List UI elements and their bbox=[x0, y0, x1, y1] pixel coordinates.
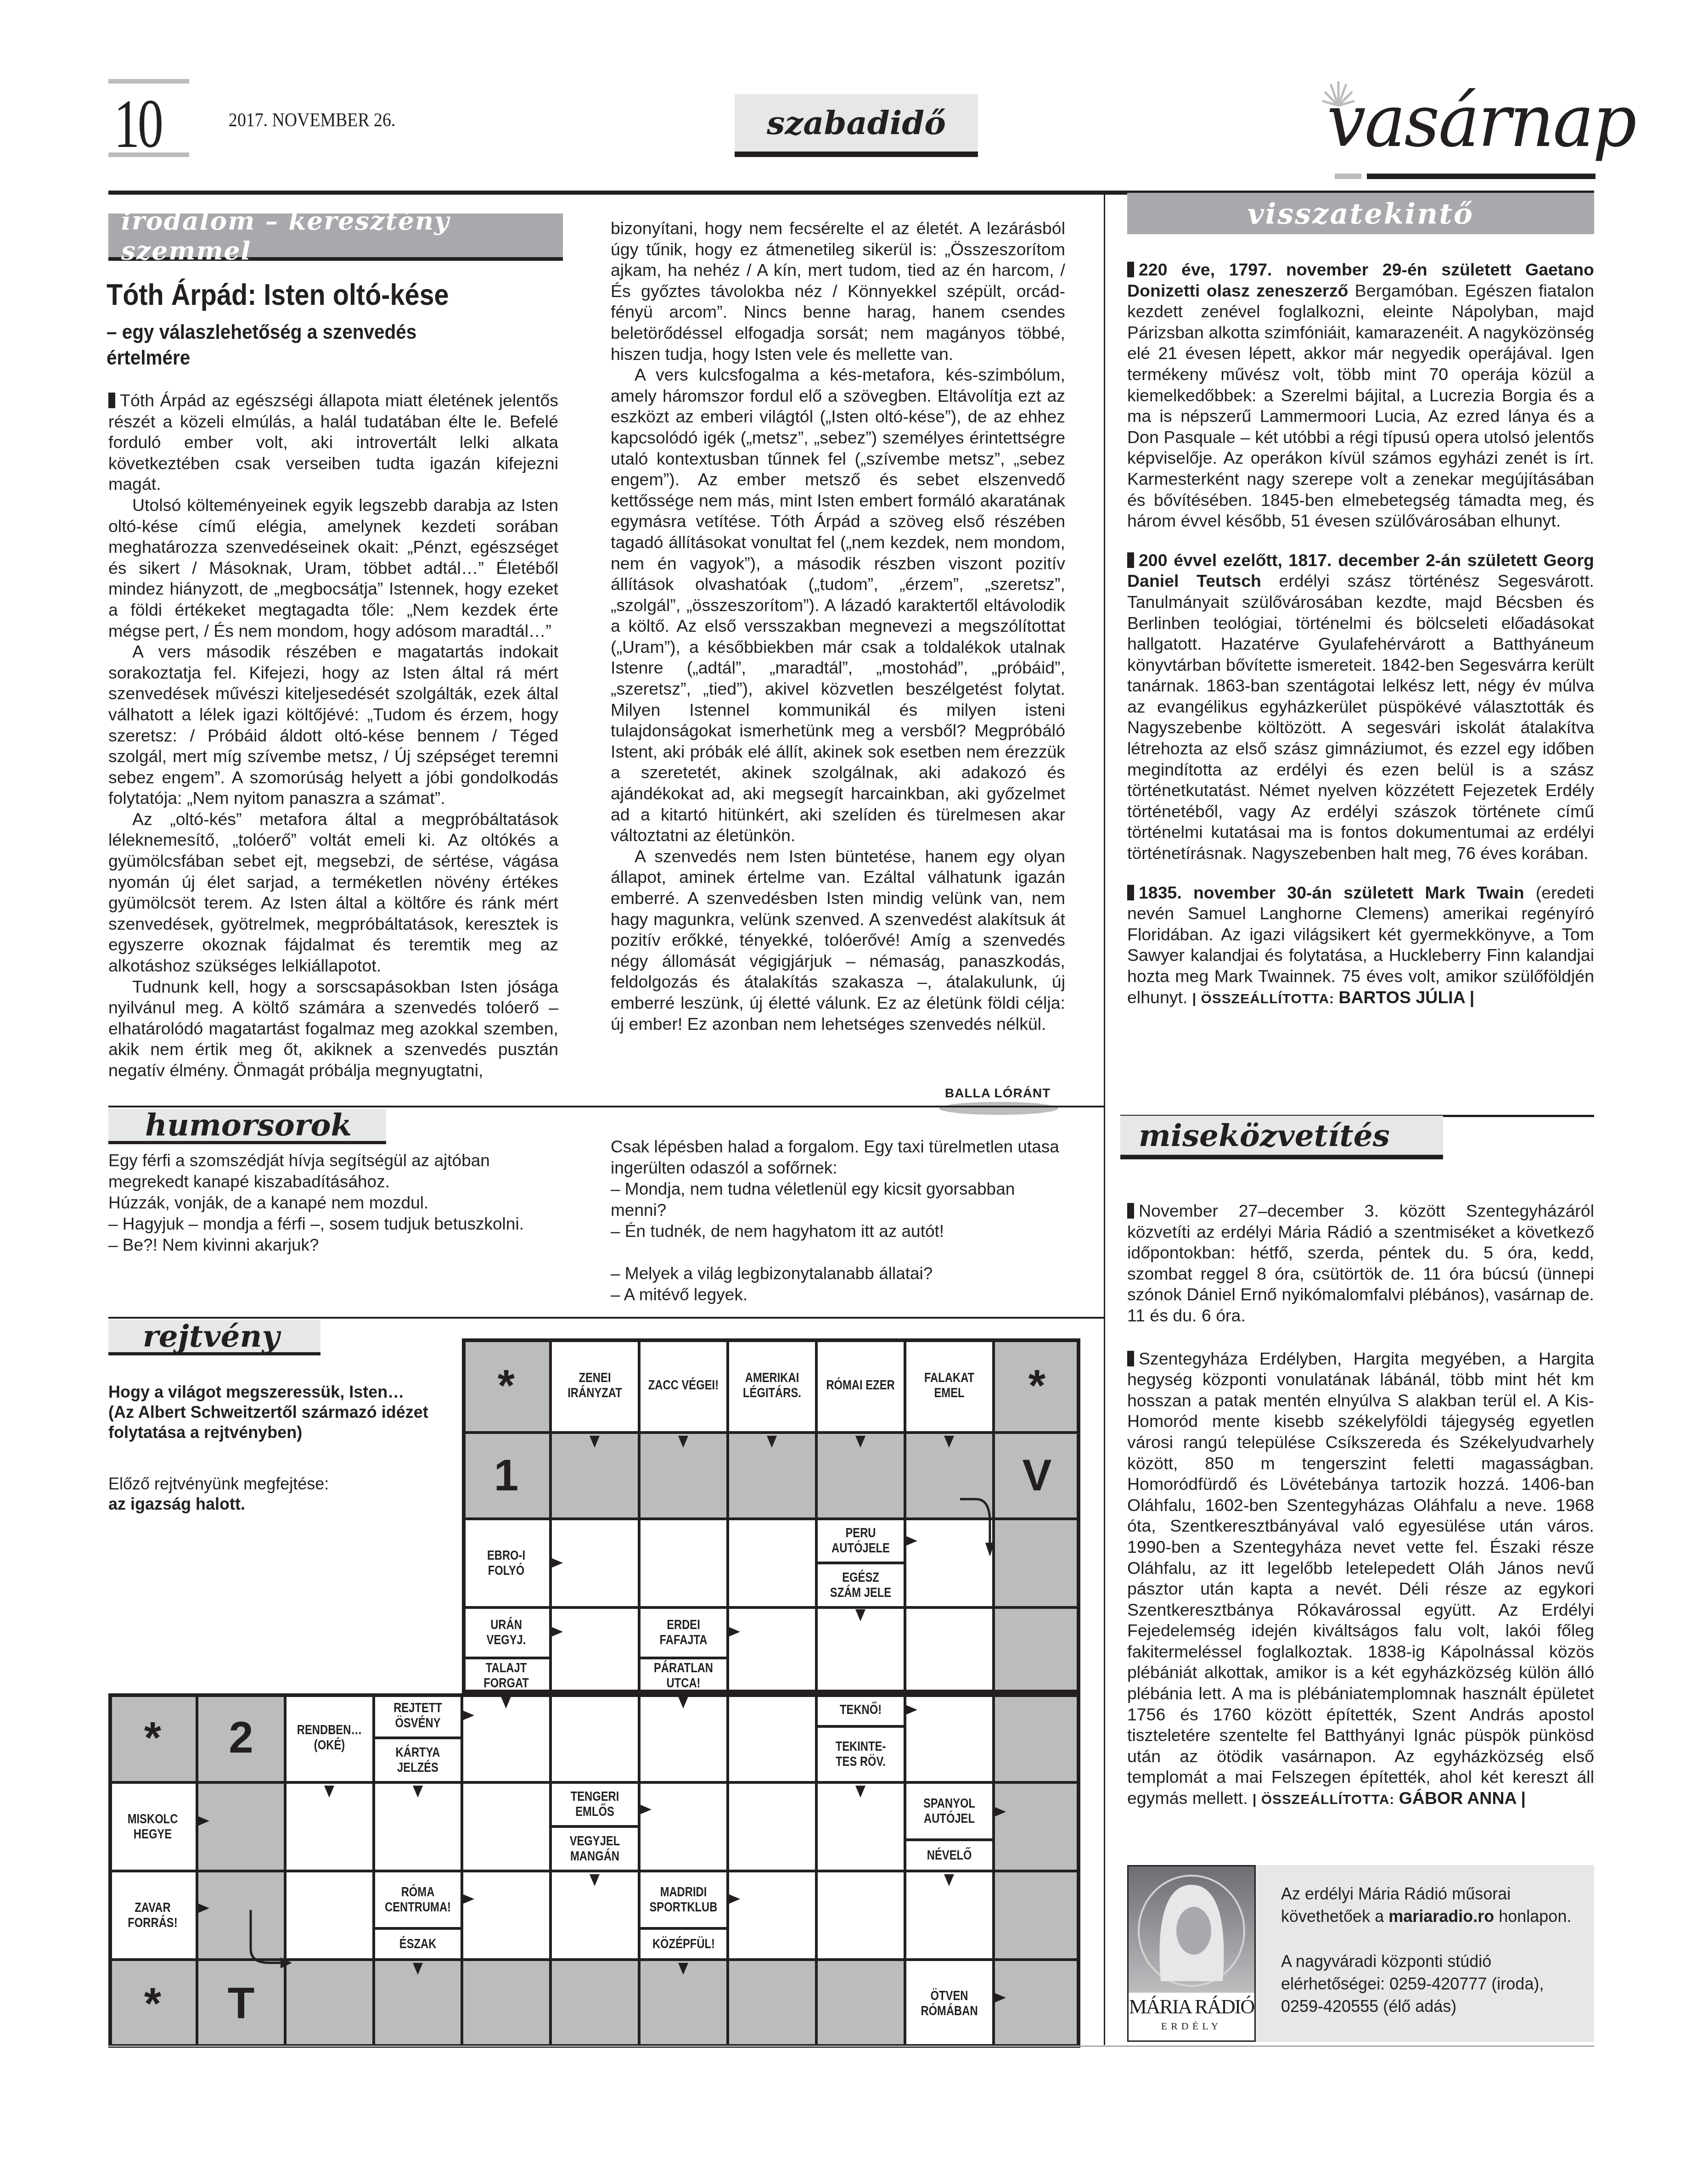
arrow-down-icon bbox=[590, 1874, 600, 1886]
row-letter: T bbox=[228, 1978, 255, 2029]
clue-text: EGÉSZ SZÁM JELE bbox=[826, 1570, 896, 1601]
page-number-rule-bottom bbox=[108, 152, 189, 157]
section-title: humorsorok bbox=[145, 1107, 352, 1143]
logo-rule-black bbox=[1367, 174, 1596, 179]
paragraph: Tóth Árpád az egészségi állapota miatt é… bbox=[108, 390, 558, 495]
clue-text: URÁN VEGYJ. bbox=[471, 1618, 541, 1648]
paragraph: bizonyítani, hogy nem fecsérelte el az é… bbox=[611, 218, 1065, 365]
clue-cell: ZAVAR FORRÁS! bbox=[108, 1871, 197, 1960]
answer-cell[interactable] bbox=[728, 1782, 816, 1871]
answer-cell[interactable] bbox=[551, 1693, 639, 1782]
rubric-label: szabadidő bbox=[735, 94, 978, 157]
joke-line: – Be?! Nem kivinni akarjuk? bbox=[108, 1235, 567, 1256]
clue-cell: SPANYOL AUTÓJEL bbox=[905, 1782, 994, 1840]
clue-text: PÁRATLAN UTCA! bbox=[648, 1661, 719, 1691]
clue-cell: NÉVELŐ bbox=[905, 1840, 994, 1871]
crossword-cell-marker: * bbox=[108, 1960, 197, 2048]
clue-cell: TEKNŐ! bbox=[816, 1693, 905, 1726]
paragraph: A vers kulcsfogalma a kés-metafora, kés-… bbox=[611, 365, 1065, 846]
arrow-right-icon bbox=[462, 1710, 474, 1720]
mise-body: November 27–december 3. között Szentegyh… bbox=[1127, 1201, 1594, 1810]
madonna-image bbox=[1129, 1866, 1254, 1993]
history-item-text: Bergamóban. Egészen fiatalon kezdett zen… bbox=[1127, 281, 1594, 531]
clue-cell: RENDBEN… (OKÉ) bbox=[285, 1693, 374, 1782]
joke-2: Csak lépésben halad a forgalom. Egy taxi… bbox=[611, 1136, 1070, 1305]
history-item: 1835. november 30-án született Mark Twai… bbox=[1127, 882, 1594, 1010]
clue-cell: KÁRTYA JELZÉS bbox=[374, 1738, 462, 1782]
section-header-irodalom: irodalom – keresztény szemmel bbox=[108, 214, 563, 261]
arrow-right-icon bbox=[640, 1804, 652, 1815]
clue-cell: URÁN VEGYJ. bbox=[462, 1607, 551, 1658]
paragraph: Az „oltó-kés” metafora által a megpróbál… bbox=[108, 809, 558, 977]
paragraph: November 27–december 3. között Szentegyh… bbox=[1127, 1201, 1594, 1326]
crossword-cell-marker: 2 bbox=[197, 1693, 285, 1782]
clue-text: ÖTVEN RÓMÁBAN bbox=[914, 1989, 984, 2019]
arrow-down-icon bbox=[501, 1697, 511, 1708]
crossword-cell-marker: 1 bbox=[462, 1433, 551, 1519]
paragraph-text: Szentegyháza Erdélyben, Hargita megyében… bbox=[1127, 1349, 1594, 1808]
clue-cell: ERDEI FAFAJTA bbox=[639, 1607, 728, 1658]
clue-cell: FALAKAT EMEL bbox=[905, 1338, 994, 1433]
arrow-down-icon bbox=[855, 1786, 865, 1798]
page-bottom-rule bbox=[108, 2045, 1594, 2047]
clue-text: MISKOLC HEGYE bbox=[118, 1812, 188, 1842]
answer-cell[interactable] bbox=[994, 1871, 1080, 1960]
crossword-grid: * ZENEI IRÁNYZAT ZACC VÉGEI! AMERIKAI LÉ… bbox=[108, 1338, 1080, 2048]
section-header-misekozvetites: miseközvetítés bbox=[1120, 1116, 1443, 1159]
clue-text: MADRIDI SPORTKLUB bbox=[648, 1885, 719, 1915]
ad-line-1: Az erdélyi Mária Rádió műsorai követhető… bbox=[1281, 1882, 1575, 1927]
paragraph: Utolsó költeményeinek egyik legszebb dar… bbox=[108, 495, 558, 641]
clue-text: REJTETT ÖSVÉNY bbox=[383, 1701, 453, 1731]
row-number: 1 bbox=[494, 1450, 518, 1501]
arrow-right-icon bbox=[994, 1807, 1006, 1817]
arrow-down-icon bbox=[678, 1697, 688, 1708]
bent-arrow-right-icon bbox=[246, 1908, 297, 1977]
paragraph: A vers második részében e magatartás ind… bbox=[108, 641, 558, 809]
article-title: Tóth Árpád: Isten oltó-kése bbox=[107, 280, 449, 309]
paragraph: Szentegyháza Erdélyben, Hargita megyében… bbox=[1127, 1349, 1594, 1810]
arrow-right-icon bbox=[551, 1627, 563, 1637]
answer-cell[interactable] bbox=[816, 1871, 905, 1960]
bent-arrow-down-icon bbox=[958, 1495, 1008, 1559]
arrow-right-icon bbox=[905, 1536, 917, 1546]
clue-cell: AMERIKAI LÉGITÁRS. bbox=[728, 1338, 816, 1433]
article-column-2: bizonyítani, hogy nem fecsérelte el az é… bbox=[611, 218, 1065, 1034]
clue-cell: EGÉSZ SZÁM JELE bbox=[816, 1563, 905, 1607]
clue-text: RÓMA CENTRUMA! bbox=[383, 1885, 453, 1915]
logo-rule-gray bbox=[1335, 174, 1361, 179]
section-title: visszatekintő bbox=[1247, 197, 1474, 230]
page-number-rule-top bbox=[108, 79, 189, 84]
clue-cell: RÓMA CENTRUMA! bbox=[374, 1871, 462, 1928]
answer-cell[interactable] bbox=[197, 1782, 285, 1871]
author-ornament bbox=[939, 1102, 1058, 1115]
answer-cell[interactable] bbox=[551, 1960, 639, 2048]
joke-line: – Én tudnék, de nem hagyhatom itt az aut… bbox=[611, 1221, 1070, 1242]
crossword-cell-marker: * bbox=[462, 1338, 551, 1433]
clue-cell: PERU AUTÓJELE bbox=[816, 1519, 905, 1563]
article-author: BALLA LÓRÁNT bbox=[945, 1086, 1051, 1101]
arrow-right-icon bbox=[905, 1705, 917, 1715]
article-subtitle: – egy válaszlehetőség a szenvedés értelm… bbox=[107, 319, 478, 371]
arrow-down-icon bbox=[590, 1436, 600, 1448]
clue-cell: VEGYJEL MANGÁN bbox=[551, 1826, 639, 1871]
crossword-cell-marker: * bbox=[108, 1693, 197, 1782]
star-marker: * bbox=[144, 1978, 161, 2029]
column-divider bbox=[1104, 195, 1105, 2045]
answer-cell[interactable] bbox=[728, 1607, 816, 1693]
clue-text: RÓMAI EZER bbox=[826, 1378, 895, 1393]
arrow-down-icon bbox=[855, 1436, 865, 1448]
clue-text: PERU AUTÓJELE bbox=[826, 1526, 896, 1556]
clue-text: TEKNŐ! bbox=[840, 1703, 882, 1718]
answer-cell[interactable] bbox=[728, 1693, 816, 1782]
clue-cell: TENGERI EMLŐS bbox=[551, 1782, 639, 1826]
clue-cell: PÁRATLAN UTCA! bbox=[639, 1658, 728, 1693]
arrow-right-icon bbox=[994, 1993, 1006, 2003]
clue-text: ZAVAR FORRÁS! bbox=[118, 1900, 188, 1931]
section-title: miseközvetítés bbox=[1139, 1118, 1390, 1153]
clue-text: RENDBEN… (OKÉ) bbox=[294, 1723, 365, 1753]
joke-line: – Mondja, nem tudna véletlenül egy kicsi… bbox=[611, 1179, 1070, 1221]
answer-cell[interactable] bbox=[462, 1960, 551, 2048]
clue-text: ERDEI FAFAJTA bbox=[648, 1618, 719, 1648]
clue-cell: RÓMAI EZER bbox=[816, 1338, 905, 1433]
star-marker: * bbox=[144, 1713, 161, 1763]
clue-cell: ÉSZAK bbox=[374, 1928, 462, 1960]
paragraph: Tudnunk kell, hogy a sorscsapásokban Ist… bbox=[108, 977, 558, 1081]
arrow-right-icon bbox=[728, 1627, 740, 1637]
joke-line: – Hagyjuk – mondja a férfi –, sosem tudj… bbox=[108, 1214, 567, 1235]
joke-line: – A mitévő legyek. bbox=[611, 1284, 1070, 1305]
visszatekinto-body: 220 éve, 1797. november 29-én született … bbox=[1127, 259, 1594, 1009]
clue-cell: KÖZÉPFÜL! bbox=[639, 1928, 728, 1960]
arrow-down-icon bbox=[944, 1874, 954, 1886]
clue-text: ZENEI IRÁNYZAT bbox=[560, 1371, 630, 1401]
clue-cell: TALAJT FORGAT bbox=[462, 1658, 551, 1693]
answer-cell[interactable] bbox=[728, 1519, 816, 1607]
clue-cell: ÖTVEN RÓMÁBAN bbox=[905, 1960, 994, 2048]
answer-cell[interactable] bbox=[551, 1519, 639, 1607]
clue-text: ÉSZAK bbox=[399, 1937, 437, 1952]
answer-cell[interactable] bbox=[994, 1693, 1080, 1782]
maria-radio-text: Az erdélyi Mária Rádió műsorai követhető… bbox=[1281, 1882, 1575, 2017]
arrow-right-icon bbox=[197, 1816, 209, 1826]
arrow-down-icon bbox=[413, 1786, 423, 1798]
clue-text: EBRO-I FOLYÓ bbox=[471, 1548, 541, 1579]
joke-line: Egy férfi a szomszédját hívja segítségül… bbox=[108, 1150, 567, 1192]
maria-radio-logo: MÁRIA RÁDIÓ ERDÉLY bbox=[1127, 1865, 1256, 2042]
answer-cell[interactable] bbox=[462, 1782, 551, 1871]
arrow-right-icon bbox=[551, 1558, 563, 1568]
clue-text: NÉVELŐ bbox=[927, 1848, 972, 1863]
section-header-humorsorok: humorsorok bbox=[108, 1109, 386, 1144]
joke-line: Húzzák, vonják, de a kanapé nem mozdul. bbox=[108, 1192, 567, 1214]
newspaper-logo: vasárnap bbox=[1327, 85, 1635, 157]
arrow-right-icon bbox=[462, 1894, 474, 1904]
clue-cell: ZENEI IRÁNYZAT bbox=[551, 1338, 639, 1433]
clue-text: AMERIKAI LÉGITÁRS. bbox=[737, 1371, 807, 1401]
joke-line: Csak lépésben halad a forgalom. Egy taxi… bbox=[611, 1136, 1070, 1179]
section-header-visszatekinto: visszatekintő bbox=[1127, 193, 1594, 234]
answer-cell[interactable] bbox=[905, 1607, 994, 1693]
answer-cell[interactable] bbox=[994, 1960, 1080, 2048]
clue-text: FALAKAT EMEL bbox=[914, 1371, 984, 1401]
arrow-down-icon bbox=[413, 1963, 423, 1975]
answer-cell[interactable] bbox=[816, 1960, 905, 2048]
rubric-text: szabadidő bbox=[767, 104, 946, 142]
logo-title: MÁRIA RÁDIÓ bbox=[1129, 1995, 1254, 2018]
history-item: 220 éve, 1797. november 29-én született … bbox=[1127, 259, 1594, 532]
paragraph: A szenvedés nem Isten büntetése, hanem e… bbox=[611, 846, 1065, 1034]
clue-text: KÁRTYA JELZÉS bbox=[383, 1745, 453, 1776]
clue-cell: TEKINTE-TES RÖV. bbox=[816, 1726, 905, 1782]
answer-cell[interactable] bbox=[728, 1871, 816, 1960]
history-item-heading: 1835. november 30-án született Mark Twai… bbox=[1139, 883, 1524, 902]
answer-cell[interactable] bbox=[905, 1693, 994, 1782]
arrow-right-icon bbox=[728, 1894, 740, 1904]
joke-1: Egy férfi a szomszédját hívja segítségül… bbox=[108, 1150, 567, 1256]
section-title: irodalom – keresztény szemmel bbox=[121, 206, 563, 265]
arrow-down-icon bbox=[767, 1436, 777, 1448]
clue-text: VEGYJEL MANGÁN bbox=[560, 1834, 630, 1864]
answer-cell[interactable] bbox=[551, 1607, 639, 1693]
arrow-down-icon bbox=[678, 1963, 688, 1975]
article-column-1: Tóth Árpád az egészségi állapota miatt é… bbox=[108, 390, 558, 1081]
star-marker: * bbox=[498, 1360, 515, 1411]
star-marker: * bbox=[1028, 1360, 1045, 1411]
credit-label: | ÖSSZEÁLLÍTOTTA: bbox=[1192, 991, 1339, 1006]
clue-cell: MADRIDI SPORTKLUB bbox=[639, 1871, 728, 1928]
history-item: 200 évvel ezelőtt, 1817. december 2-án s… bbox=[1127, 550, 1594, 864]
answer-cell[interactable] bbox=[285, 1960, 374, 2048]
logo-subtitle: ERDÉLY bbox=[1129, 2020, 1254, 2032]
clue-cell: ZACC VÉGEI! bbox=[639, 1338, 728, 1433]
column-letter: V bbox=[1022, 1450, 1051, 1501]
website-link[interactable]: mariaradio.ro bbox=[1388, 1907, 1494, 1926]
clue-cell: EBRO-I FOLYÓ bbox=[462, 1519, 551, 1607]
arrow-down-icon bbox=[678, 1436, 688, 1448]
answer-cell[interactable] bbox=[639, 1782, 728, 1871]
answer-cell[interactable] bbox=[728, 1960, 816, 2048]
arrow-down-icon bbox=[944, 1436, 954, 1448]
ad-text: honlapon. bbox=[1494, 1907, 1571, 1926]
answer-cell[interactable] bbox=[994, 1782, 1080, 1871]
answer-cell[interactable] bbox=[994, 1607, 1080, 1693]
answer-cell[interactable] bbox=[639, 1519, 728, 1607]
answer-cell[interactable] bbox=[462, 1871, 551, 1960]
history-item-text: erdélyi szász történész Segesvárott. Tan… bbox=[1127, 571, 1594, 863]
answer-cell[interactable] bbox=[285, 1871, 374, 1960]
arrow-down-icon bbox=[855, 1609, 865, 1621]
joke-line: – Melyek a világ legbizonytalanabb állat… bbox=[611, 1263, 1070, 1284]
credit-name: BARTOS JÚLIA | bbox=[1338, 988, 1474, 1007]
row-number: 2 bbox=[229, 1713, 253, 1763]
clue-text: TALAJT FORGAT bbox=[471, 1661, 541, 1691]
credit-label: | ÖSSZEÁLLÍTOTTA: bbox=[1253, 1792, 1399, 1807]
issue-date: 2017. NOVEMBER 26. bbox=[229, 109, 395, 131]
arrow-down-icon bbox=[324, 1786, 334, 1798]
crossword-cell-marker: * bbox=[994, 1338, 1080, 1433]
clue-text: ZACC VÉGEI! bbox=[648, 1378, 719, 1393]
arrow-right-icon bbox=[197, 1903, 209, 1913]
page-number: 10 bbox=[114, 90, 162, 158]
clue-text: SPANYOL AUTÓJEL bbox=[914, 1796, 984, 1826]
credit-name: GÁBOR ANNA | bbox=[1399, 1788, 1526, 1808]
clue-text: TEKINTE-TES RÖV. bbox=[826, 1739, 896, 1770]
clue-cell: MISKOLC HEGYE bbox=[108, 1782, 197, 1871]
ad-line-2: A nagyváradi központi stúdió elérhetőség… bbox=[1281, 1950, 1575, 2017]
clue-text: KÖZÉPFÜL! bbox=[652, 1937, 714, 1952]
clue-cell: REJTETT ÖSVÉNY bbox=[374, 1693, 462, 1738]
clue-text: TENGERI EMLŐS bbox=[560, 1789, 630, 1820]
